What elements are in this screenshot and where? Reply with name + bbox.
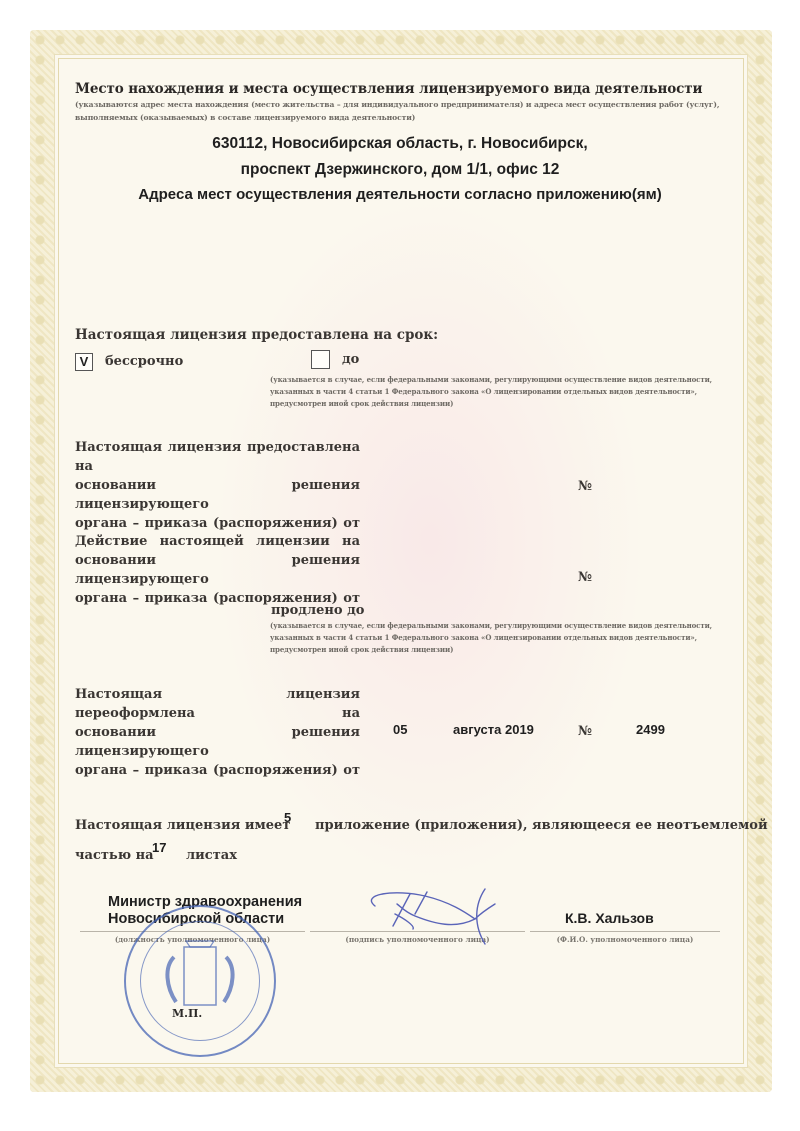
extended-note-line1: (указывается в случае, если федеральными… — [270, 620, 740, 632]
indefinite-checkbox[interactable]: V — [75, 353, 93, 371]
granted-line3: органа – приказа (распоряжения) от — [75, 514, 360, 533]
extended-line1: Действие настоящей лицензии на — [75, 532, 360, 551]
address-line-3: Адреса мест осуществления деятельности с… — [0, 186, 800, 203]
location-note-line2: выполняемых (оказываемых) в составе лице… — [75, 111, 735, 124]
extended-number-sign: № — [578, 568, 592, 587]
signatory-name: К.В. Хальзов — [565, 910, 654, 926]
location-title: Место нахождения и места осуществления л… — [75, 81, 702, 97]
until-label: до — [342, 350, 359, 369]
extended-basis: Действие настоящей лицензии на основании… — [75, 532, 360, 608]
address-line-2: проспект Дзержинского, дом 1/1, офис 12 — [0, 161, 800, 179]
appendix-count: 5 — [284, 810, 291, 825]
term-note-line1: (указывается в случае, если федеральными… — [270, 374, 740, 386]
term-note-line3: предусмотрен иной срок действия лицензии… — [270, 398, 740, 410]
extended-note: (указывается в случае, если федеральными… — [270, 620, 740, 656]
appendix-text-a: Настоящая лицензия имеет — [75, 816, 290, 835]
term-indefinite-option[interactable]: V бессрочно — [75, 352, 183, 371]
reissued-day: 05 — [393, 722, 407, 737]
reissued-line3: органа – приказа (распоряжения) от — [75, 761, 360, 780]
extended-note-line3: предусмотрен иной срок действия лицензии… — [270, 644, 740, 656]
reissued-month-year: августа 2019 — [453, 722, 534, 737]
extended-line2: основании решения лицензирующего — [75, 551, 360, 589]
term-until-option[interactable]: до — [311, 350, 359, 369]
term-title: Настоящая лицензия предоставлена на срок… — [75, 326, 438, 345]
official-seal — [124, 905, 276, 1057]
seal-place-label: М.П. — [172, 1007, 202, 1020]
term-note-line2: указанных в части 4 статьи 1 Федеральног… — [270, 386, 740, 398]
location-note: (указываются адрес места нахождения (мес… — [75, 98, 735, 124]
appendix-text-c: частью на — [75, 846, 154, 865]
reissued-number: 2499 — [636, 722, 665, 737]
reissued-basis: Настоящая лицензия переоформлена на осно… — [75, 685, 360, 780]
granted-line2: основании решения лицензирующего — [75, 476, 360, 514]
reissued-line2: основании решения лицензирующего — [75, 723, 360, 761]
indefinite-label: бессрочно — [105, 352, 183, 371]
coat-of-arms-icon — [126, 907, 274, 1055]
granted-basis: Настоящая лицензия предоставлена на осно… — [75, 438, 360, 533]
reissued-number-sign: № — [578, 722, 592, 741]
name-caption: (Ф.И.О. уполномоченного лица) — [530, 935, 720, 944]
reissued-line1: Настоящая лицензия переоформлена на — [75, 685, 360, 723]
appendix-text-d: листах — [186, 846, 237, 865]
granted-number-sign: № — [578, 477, 592, 496]
until-checkbox[interactable] — [311, 350, 330, 369]
granted-line1: Настоящая лицензия предоставлена на — [75, 438, 360, 476]
name-rule — [530, 931, 720, 932]
extended-until-label: продлено до — [271, 601, 364, 620]
location-note-line1: (указываются адрес места нахождения (мес… — [75, 98, 735, 111]
term-note: (указывается в случае, если федеральными… — [270, 374, 740, 410]
address-line-1: 630112, Новосибирская область, г. Новоси… — [0, 135, 800, 153]
appendix-text-b: приложение (приложения), являющееся ее н… — [315, 816, 768, 835]
appendix-sheets: 17 — [152, 840, 166, 855]
extended-note-line2: указанных в части 4 статьи 1 Федеральног… — [270, 632, 740, 644]
handwritten-signature — [355, 884, 505, 949]
